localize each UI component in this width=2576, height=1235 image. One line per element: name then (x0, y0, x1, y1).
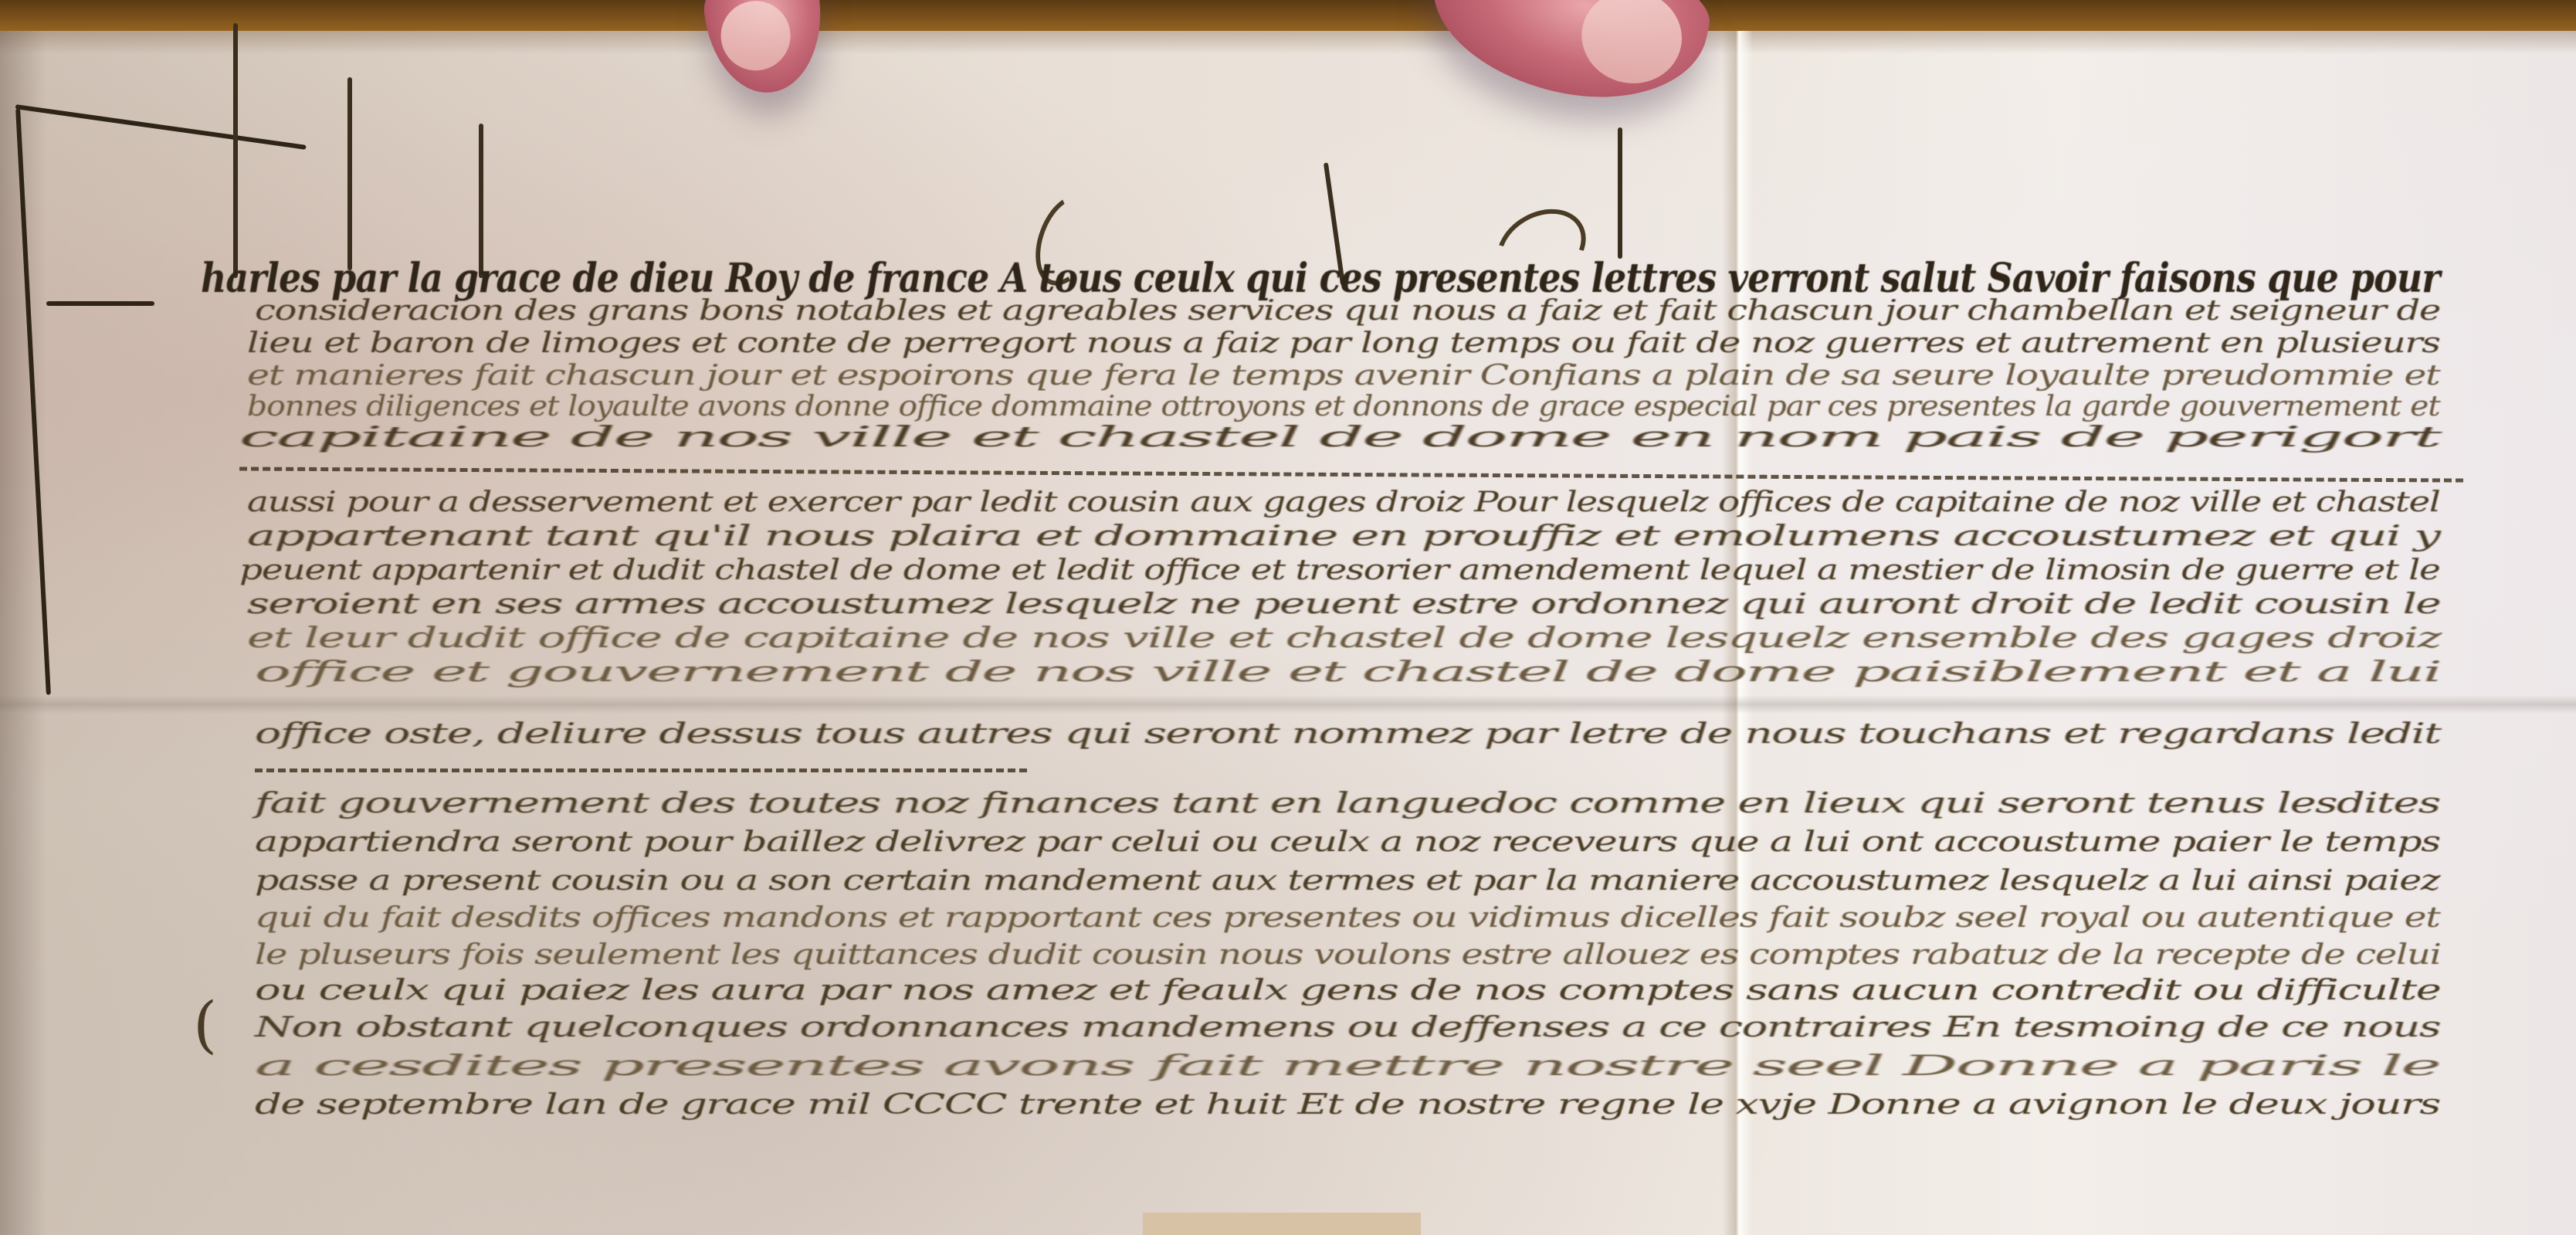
ascender-stroke (347, 77, 352, 270)
text-line: seroient en ses armes accoustumez lesque… (247, 589, 2440, 620)
initial-stroke (46, 301, 154, 306)
text-line: Non obstant quelconques ordonnances mand… (255, 1012, 2440, 1043)
horizontal-fold-crease (0, 695, 2576, 714)
text-line: et leur dudit office de capitaine de nos… (247, 623, 2441, 654)
text-line: lieu et baron de limoges et conte de per… (247, 327, 2440, 359)
parchment-top-edge (0, 31, 2576, 54)
text-line: capitaine de nos ville et chastel de dom… (239, 422, 2440, 453)
text-line: office et gouvernement de nos ville et c… (255, 657, 2441, 688)
initial-stroke (15, 108, 51, 694)
parenthesis-mark: ( (193, 989, 217, 1060)
text-line: fait gouvernement des toutes noz finance… (255, 788, 2440, 819)
text-line: office oste, deliure dessus tous autres … (255, 718, 2441, 750)
fingernail (1573, 0, 1690, 93)
text-line: consideracion des grans bons notables et… (255, 295, 2440, 327)
ascender-stroke (233, 23, 238, 278)
seal-tag-stub (1143, 1213, 1421, 1235)
text-line: appartenant tant qu'il nous plaira et do… (247, 521, 2439, 552)
fingernail (717, 0, 794, 74)
text-line: passe a present cousin ou a son certain … (255, 865, 2439, 897)
line-filler-flourish (255, 768, 1027, 780)
text-line: peuent appartenir et dudit chastel de do… (239, 555, 2440, 586)
text-line: ou ceulx qui paiez les aura par nos amez… (255, 975, 2440, 1006)
text-line: appartiendra seront pour baillez delivre… (255, 826, 2440, 858)
text-line: qui du fait desdits offices mandons et r… (255, 902, 2440, 934)
text-line: de septembre lan de grace mil CCCC trent… (255, 1089, 2440, 1121)
text-line: a cesdites presentes avons fait mettre n… (255, 1050, 2439, 1082)
ascender-stroke (1618, 127, 1622, 259)
text-line: et manieres fait chascun jour et espoiro… (247, 360, 2439, 392)
text-line: aussi pour a desservement et exercer par… (247, 487, 2440, 518)
text-line: le pluseurs fois seulement les quittance… (255, 939, 2441, 971)
decorated-initial (0, 46, 201, 680)
text-line: bonnes diligences et loyaulte avons donn… (247, 391, 2440, 422)
